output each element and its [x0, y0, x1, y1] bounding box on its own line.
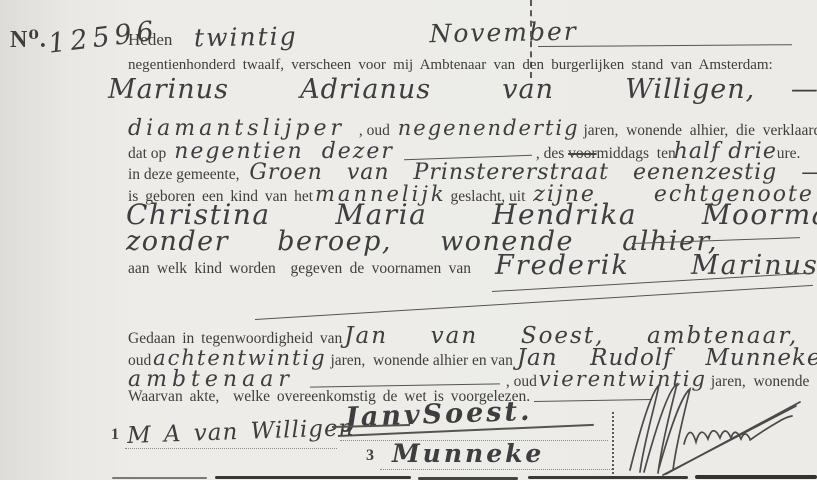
blank-filler-line [310, 383, 500, 387]
printed-oud: , oud [355, 122, 394, 140]
child-names: Frederik Marinus. [495, 250, 817, 281]
declarant-details-line: diamantslijper , oud negenendertig jaren… [128, 116, 817, 141]
signature-dotted-line [125, 448, 337, 449]
date-handwritten: twintig November [194, 17, 578, 53]
declarant-signature: M A van Willigen [127, 415, 355, 449]
child-names-intro: aan welk kind worden gegeven de voorname… [128, 260, 471, 278]
registrar-signature [614, 380, 814, 476]
birth-certificate-scan: N⁰. 12596 Heden twintig November negenti… [0, 0, 817, 480]
blank-space-cancellation-line [255, 285, 813, 320]
signature-number-3: 3 [366, 447, 374, 465]
bottom-cutoff-mark [418, 477, 518, 480]
bottom-cutoff-mark [215, 476, 411, 479]
declarant-occupation: diamantslijper [128, 116, 345, 141]
declarant-age: negenendertig [398, 116, 580, 140]
declarant-name: Marinus Adrianus van Willigen, — [108, 74, 817, 105]
declarant-details-printed: jaren, wonende alhier, die verklaarde, [580, 122, 817, 140]
bottom-cutoff-mark [528, 476, 688, 479]
signature-number-1: 1 [111, 426, 119, 444]
bottom-cutoff-mark [695, 475, 817, 479]
signature-dotted-line [380, 469, 612, 470]
intro-line: negentienhonderd twaalf, verscheen voor … [128, 57, 773, 74]
heden-label: Heden [128, 30, 172, 50]
act-number-label: N⁰. [10, 24, 47, 54]
bottom-cutoff-mark [112, 477, 207, 479]
witness2-signature: Munneke [392, 439, 544, 468]
